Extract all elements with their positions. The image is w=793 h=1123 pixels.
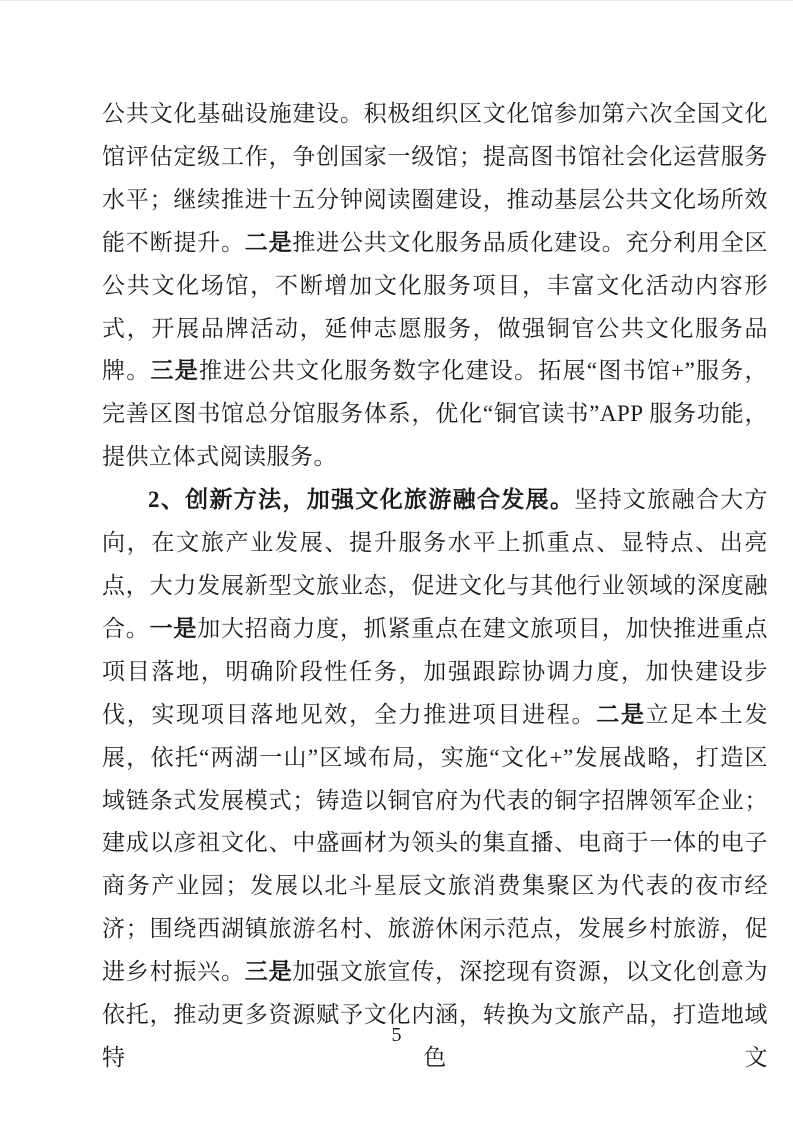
text-run-bold: 一是 (150, 616, 198, 641)
page-number: 5 (392, 1024, 402, 1046)
text-run-bold: 二是 (596, 702, 645, 727)
text-run: 推进公共文化服务数字化建设。拓展“图书馆+”服务，完善区图书馆总分馆服务体系，优… (102, 358, 768, 469)
text-run-bold: 二是 (245, 230, 293, 255)
text-run-bold: 2、创新方法，加强文化旅游融合发展。 (148, 487, 574, 512)
paragraph: 公共文化基础设施建设。积极组织区文化馆参加第六次全国文化馆评估定级工作，争创国家… (102, 93, 768, 479)
text-run: 立足本土发展，依托“两湖一山”区域布局，实施“文化+”发展战略，打造区域链条式发… (102, 702, 768, 984)
text-run-bold: 三是 (151, 358, 200, 383)
text-run-bold: 三是 (245, 959, 293, 984)
paragraph: 2、创新方法，加强文化旅游融合发展。坚持文旅融合大方向，在文旅产业发展、提升服务… (102, 479, 768, 1080)
page-footer: 5 (0, 1021, 793, 1049)
document-page: 公共文化基础设施建设。积极组织区文化馆参加第六次全国文化馆评估定级工作，争创国家… (0, 0, 793, 1123)
document-body: 公共文化基础设施建设。积极组织区文化馆参加第六次全国文化馆评估定级工作，争创国家… (102, 93, 768, 1080)
